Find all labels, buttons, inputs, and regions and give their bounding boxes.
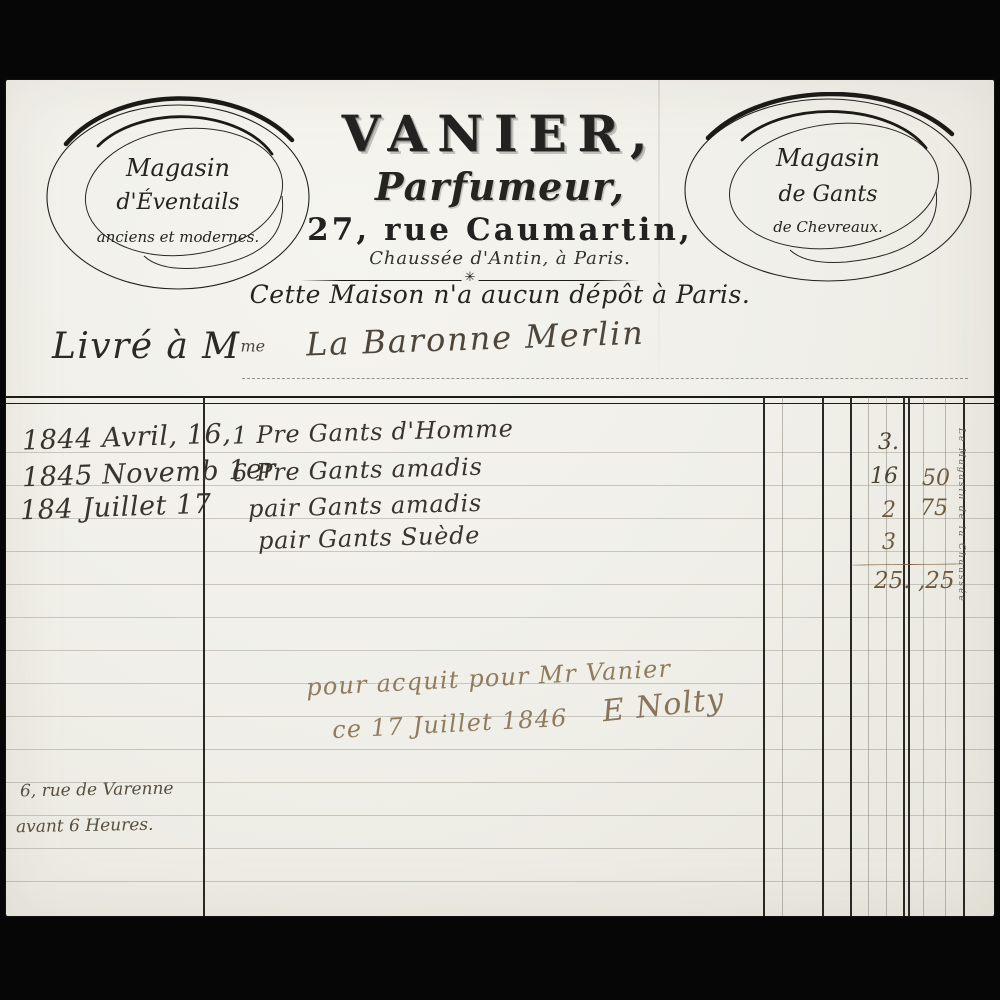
table-top-rule-2 xyxy=(6,403,994,404)
entry-centimes: 50 xyxy=(922,466,950,491)
column-rule-francs xyxy=(903,397,905,916)
recipient-baseline-rule xyxy=(242,378,968,379)
column-rule xyxy=(763,397,765,916)
column-rule-light xyxy=(868,397,869,916)
badge-line: de Chevreaux. xyxy=(678,218,978,236)
entry-francs: 2 xyxy=(882,498,896,523)
column-rule xyxy=(850,397,852,916)
delivery-address-note: 6, rue de Varenne xyxy=(20,779,174,802)
badge-line: de Gants xyxy=(678,182,978,207)
entry-francs: 16 xyxy=(870,464,898,489)
delivered-to-label: Livré à M xyxy=(52,326,240,367)
table-top-rule xyxy=(6,396,994,398)
delivery-time-note: avant 6 Heures. xyxy=(16,815,154,837)
entry-francs: 3 xyxy=(882,530,896,555)
badge-line: Magasin xyxy=(678,144,978,172)
column-rule-light xyxy=(782,397,783,916)
badge-line: Magasin xyxy=(40,154,316,182)
delivered-to-line: Livré à Mme xyxy=(52,326,265,382)
left-oval-badge: Magasin d'Éventails anciens et modernes. xyxy=(40,96,316,298)
delivered-to-superscript: me xyxy=(240,337,265,356)
column-rule-francs-2 xyxy=(908,397,910,916)
entry-francs: 3. xyxy=(878,430,899,455)
recipient-name-handwritten: La Baronne Merlin xyxy=(305,311,736,364)
photo-background: VANIER, Parfumeur, 27, rue Caumartin, Ch… xyxy=(0,0,1000,1000)
badge-line: d'Éventails xyxy=(40,190,316,215)
invoice-sheet: VANIER, Parfumeur, 27, rue Caumartin, Ch… xyxy=(6,80,994,916)
total-francs: 25. xyxy=(874,568,911,594)
column-rule xyxy=(822,397,824,916)
margin-annotation: Le Magasin de la Chaussée xyxy=(956,428,966,603)
badge-line: anciens et modernes. xyxy=(40,228,316,246)
right-oval-badge: Magasin de Gants de Chevreaux. xyxy=(678,92,978,292)
entry-centimes: 75 xyxy=(920,496,948,521)
total-centimes: ,25 xyxy=(918,568,955,594)
entry-description: pair Gants Suède xyxy=(258,521,481,555)
